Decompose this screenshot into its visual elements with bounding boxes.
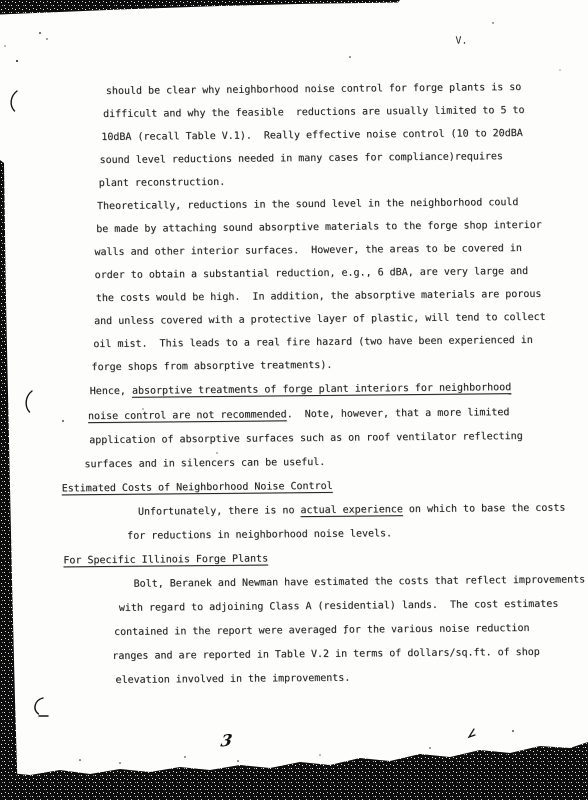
text-segment: elevation involved in the improvements. [115,673,350,686]
section-heading-estimated-costs: Estimated Costs of Neighborhood Noise Co… [62,480,333,496]
text-line: 10dBA (recall Table V.1). Really effecti… [101,127,523,144]
text-segment: oil mist. This leads to a real fire haza… [93,335,533,350]
text-line: elevation involved in the improvements. [115,672,350,687]
text-line: be made by attaching sound absorptive ma… [96,219,542,236]
text-line: difficult and why the feasible reduction… [103,104,525,121]
page-number: V. [455,36,467,47]
text-segment: surfaces and in silencers can be useful. [84,457,325,470]
text-line: contained in the report were averaged fo… [114,622,530,639]
heading-text: For Specific Illinois Forge Plants [63,553,268,566]
section-heading-specific-plants: For Specific Illinois Forge Plants [63,552,268,567]
text-segment: walls and other interior surfaces. Howev… [94,243,522,258]
text-line: forge shops from absorptive treatments). [91,359,332,374]
text-line: surfaces and in silencers can be useful. [84,456,325,471]
text-segment: and unless covered with a protective lay… [94,312,546,327]
text-line: with regard to adjoining Class A (reside… [119,598,559,615]
underlined-text-segment: absorptive treatments of forge plant int… [132,382,511,397]
text-line: Theoretically, reductions in the sound l… [97,196,519,213]
text-line: the costs would be high. In addition, th… [96,288,542,305]
text-line: should be clear why neighborhood noise c… [106,81,522,98]
text-segment: ranges and are reported in Table V.2 in … [112,647,540,662]
text-segment: should be clear why neighborhood noise c… [106,82,522,97]
text-segment: for reductions in neighborhood noise lev… [127,528,392,542]
text-line: Unfortunately, there is no actual experi… [138,502,566,519]
text-segment: Theoretically, reductions in the sound l… [97,197,519,212]
underlined-text-segment: noise control are not recommended [88,409,287,422]
text-line: sound level reductions needed in many ca… [99,150,502,167]
text-line: application of absorptive surfaces such … [89,430,523,447]
text-segment: contained in the report were averaged fo… [114,623,530,638]
scanned-page: V. should be clear why neighborhood nois… [0,0,588,800]
text-segment: 10dBA (recall Table V.1). Really effecti… [101,128,523,143]
text-line: for reductions in neighborhood noise lev… [127,527,392,543]
text-segment: plant reconstruction. [99,177,226,189]
text-line: order to obtain a substantial reduction,… [95,265,529,282]
text-segment: application of absorptive surfaces such … [89,431,523,446]
text-segment: . Note, however, that a more limited [287,407,510,420]
text-segment: difficult and why the feasible reduction… [103,105,525,120]
heading-text: Estimated Costs of Neighborhood Noise Co… [62,481,333,495]
text-line: ranges and are reported in Table V.2 in … [112,646,540,663]
text-segment: the costs would be high. In addition, th… [96,289,542,304]
text-segment: forge shops from absorptive treatments). [91,360,332,373]
text-line: walls and other interior surfaces. Howev… [94,242,522,259]
text-segment: with regard to adjoining Class A (reside… [119,599,559,614]
text-line: Hence, absorptive treatments of forge pl… [90,381,512,398]
text-line: oil mist. This leads to a real fire haza… [93,334,533,351]
text-line: noise control are not recommended. Note,… [88,406,510,423]
text-segment: Hence, [90,386,132,397]
text-segment: sound level reductions needed in many ca… [99,151,502,166]
text-line: and unless covered with a protective lay… [94,311,546,328]
text-segment: on which to base the costs [403,503,566,516]
text-line: plant reconstruction. [99,176,226,190]
text-segment: Bolt, Beranek and Newman have estimated … [134,574,586,589]
text-segment: order to obtain a substantial reduction,… [95,266,529,281]
text-segment: Unfortunately, there is no [138,505,301,518]
typewritten-text-block: V. should be clear why neighborhood nois… [0,0,588,800]
text-segment: be made by attaching sound absorptive ma… [96,220,542,235]
text-line: Bolt, Beranek and Newman have estimated … [134,573,586,590]
underlined-text-segment: actual experience [300,504,402,516]
